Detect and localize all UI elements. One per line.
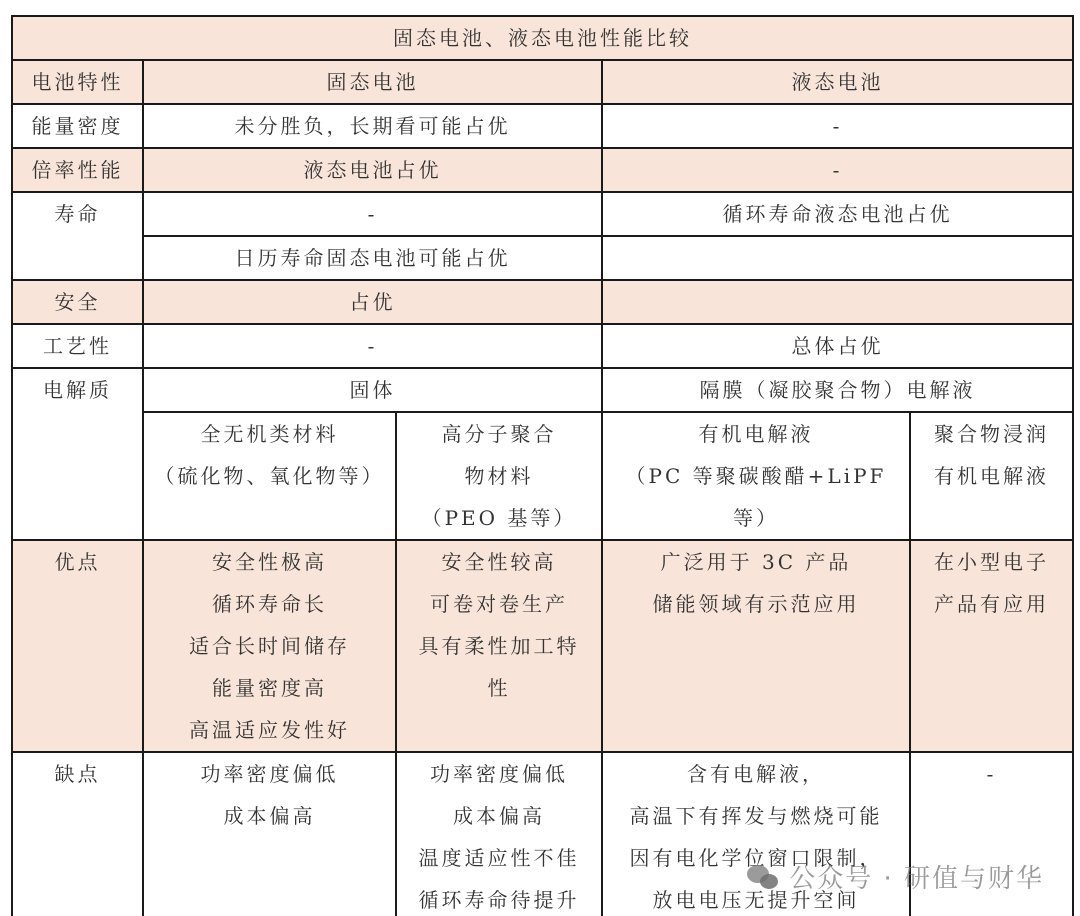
liquid-cell: - [602, 104, 1073, 148]
solid-cell: 日历寿命固态电池可能占优 [143, 236, 602, 280]
solid-cell: 未分胜负，长期看可能占优 [143, 104, 602, 148]
row-label: 能量密度 [12, 104, 143, 148]
pros-polymer: 安全性较高 可卷对卷生产 具有柔性加工特 性 [396, 540, 602, 752]
solid-cell: 占优 [143, 280, 602, 324]
row-label: 优点 [12, 540, 143, 752]
row-label: 缺点 [12, 752, 143, 916]
row-life-2: 日历寿命固态电池可能占优 [12, 236, 1073, 280]
solid-cell: - [143, 192, 602, 236]
header-solid: 固态电池 [143, 60, 602, 104]
row-label: 寿命 [12, 192, 143, 280]
liquid-cell: 循环寿命液态电池占优 [602, 192, 1073, 236]
row-label: 倍率性能 [12, 148, 143, 192]
header-attribute: 电池特性 [12, 60, 143, 104]
liquid-cell: - [602, 148, 1073, 192]
pros-organic: 广泛用于 3C 产品 储能领域有示范应用 [602, 540, 910, 752]
row-label: 工艺性 [12, 324, 143, 368]
pros-inorganic: 安全性极高 循环寿命长 适合长时间储存 能量密度高 高温适应发性好 [143, 540, 396, 752]
cons-polymer: 功率密度偏低 成本偏高 温度适应性不佳 循环寿命待提升 [396, 752, 602, 916]
title-row: 固态电池、液态电池性能比较 [12, 16, 1073, 60]
row-rate: 倍率性能 液态电池占优 - [12, 148, 1073, 192]
electrolyte-inorganic: 全无机类材料 （硫化物、氧化物等） [143, 412, 396, 540]
solid-cell: 固体 [143, 368, 602, 412]
row-life-1: 寿命 - 循环寿命液态电池占优 [12, 192, 1073, 236]
wechat-icon [747, 863, 781, 891]
row-safety: 安全 占优 [12, 280, 1073, 324]
electrolyte-polymer: 高分子聚合 物材料 （PEO 基等） [396, 412, 602, 540]
row-process: 工艺性 - 总体占优 [12, 324, 1073, 368]
row-electrolyte: 电解质 固体 隔膜（凝胶聚合物）电解液 [12, 368, 1073, 412]
solid-cell: 液态电池占优 [143, 148, 602, 192]
watermark: 公众号 · 研值与财华 [747, 858, 1044, 895]
pros-polymer-wetted: 在小型电子 产品有应用 [910, 540, 1073, 752]
liquid-cell: 总体占优 [602, 324, 1073, 368]
cons-inorganic: 功率密度偏低 成本偏高 [143, 752, 396, 916]
watermark-text: 公众号 · 研值与财华 [789, 858, 1044, 895]
row-label: 电解质 [12, 368, 143, 540]
row-energy-density: 能量密度 未分胜负，长期看可能占优 - [12, 104, 1073, 148]
header-row: 电池特性 固态电池 液态电池 [12, 60, 1073, 104]
row-pros: 优点 安全性极高 循环寿命长 适合长时间储存 能量密度高 高温适应发性好 安全性… [12, 540, 1073, 752]
row-label: 安全 [12, 280, 143, 324]
liquid-cell [602, 280, 1073, 324]
solid-cell: - [143, 324, 602, 368]
table-title: 固态电池、液态电池性能比较 [12, 16, 1073, 60]
header-liquid: 液态电池 [602, 60, 1073, 104]
row-electrolyte-types: 全无机类材料 （硫化物、氧化物等） 高分子聚合 物材料 （PEO 基等） 有机电… [12, 412, 1073, 540]
comparison-table: 固态电池、液态电池性能比较 电池特性 固态电池 液态电池 能量密度 未分胜负，长… [11, 15, 1074, 916]
liquid-cell [602, 236, 1073, 280]
liquid-cell: 隔膜（凝胶聚合物）电解液 [602, 368, 1073, 412]
electrolyte-organic: 有机电解液 （PC 等聚碳酸醋+LiPF 等） [602, 412, 910, 540]
electrolyte-polymer-wetted: 聚合物浸润 有机电解液 [910, 412, 1073, 540]
